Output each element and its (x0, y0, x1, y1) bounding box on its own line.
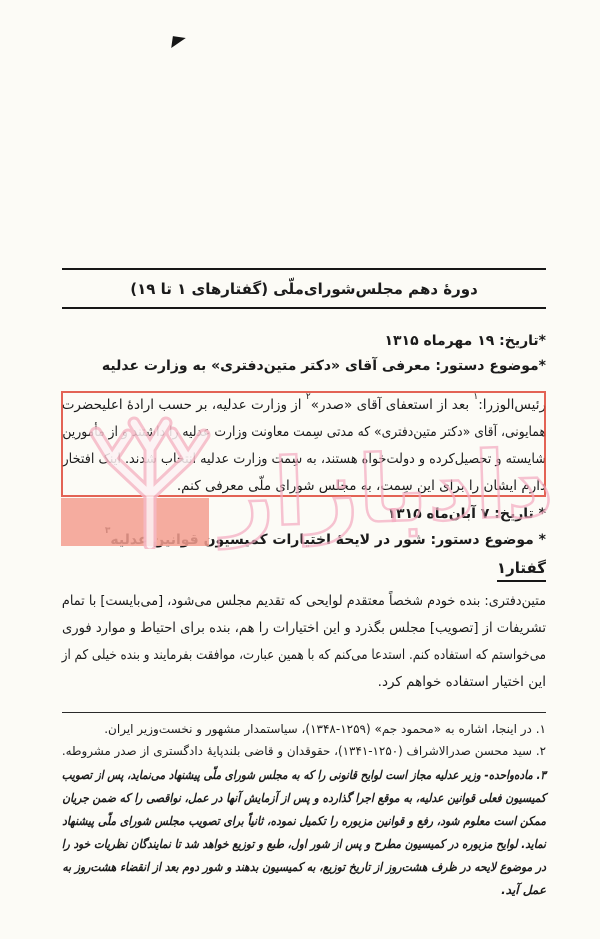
footnote-divider (62, 712, 546, 713)
footnote-3: ۳. ماده‌واحده- وزیر عدلیه مجاز است لوایح… (62, 764, 546, 902)
entry1-subject-line: *موضوع دستور: معرفی آقای «دکتر متین‌دفتر… (62, 356, 546, 376)
text-line: این اختیار استفاده خواهم کرد. (62, 669, 546, 696)
footnote-1: ۱. در اینجا، اشاره به «محمود جم» (۱۲۵۹-۱… (62, 720, 546, 739)
section-heading: گفتار۱ (497, 557, 546, 582)
text-line: نماید. لوایح مزبوره در کمیسیون مطرح و پس… (120, 833, 546, 856)
text-line: کمیسیون فعلی قوانین عدلیه، به موقع اجرا … (115, 787, 546, 810)
entry1-date-line: *تاریخ: ۱۹ مهرماه ۱۳۱۵ (62, 331, 546, 351)
paragraph-2: متین‌دفتری: بنده خودم شخصاً معتقدم لوایح… (62, 588, 546, 696)
text-line: ۳. ماده‌واحده- وزیر عدلیه مجاز است لوایح… (126, 764, 546, 787)
scan-artifact-mark (171, 36, 186, 50)
paragraph-1: رئیس‌الوزرا:۱ بعد از استعفای آقای «صدر»۲… (62, 392, 546, 500)
scanned-book-page: دورهٔ دهم مجلس‌شورای‌ملّی (گفتارهای ۱ تا… (0, 0, 600, 939)
footnote-2: ۲. سید محسن صدرالاشراف (۱۲۵۰-۱۳۴۱)، حقوق… (66, 742, 546, 761)
text-line: متین‌دفتری: بنده خودم شخصاً معتقدم لوایح… (86, 588, 546, 615)
text-line: همایونی، آقای «دکتر متین‌دفتری» که مدتی … (102, 419, 546, 446)
page-title: دورهٔ دهم مجلس‌شورای‌ملّی (گفتارهای ۱ تا… (130, 280, 478, 298)
text-line: می‌خواستم که استفاده کنم. استدعا می‌کنم … (119, 642, 546, 669)
chapter-header-box: دورهٔ دهم مجلس‌شورای‌ملّی (گفتارهای ۱ تا… (62, 268, 546, 309)
entry2-subject-line: * موضوع دستور: شور در لایحهٔ اختیارات کم… (62, 530, 546, 550)
text-line: در موضوع لایحه در ظرف هشت‌روز از تاریخ ت… (112, 856, 546, 879)
text-line: رئیس‌الوزرا:۱ بعد از استعفای آقای «صدر»۲… (62, 392, 546, 419)
text-line: دارم ایشان را برای این سِمت، به مجلس شور… (62, 473, 546, 500)
text-line: عمل آید. (62, 879, 546, 902)
text-line: ممکن است معلوم شود، رفع و قوانین مزبوره … (113, 810, 546, 833)
entry2-date-line: * تاریخ: ۷ آبان‌ماه ۱۳۱۵ (62, 504, 546, 524)
text-line: شایسته و تحصیل‌کرده و دولت‌خواه هستند، ب… (87, 446, 546, 473)
text-line: تشریفات از [تصویب] مجلس بگذرد و این اختی… (76, 615, 546, 642)
